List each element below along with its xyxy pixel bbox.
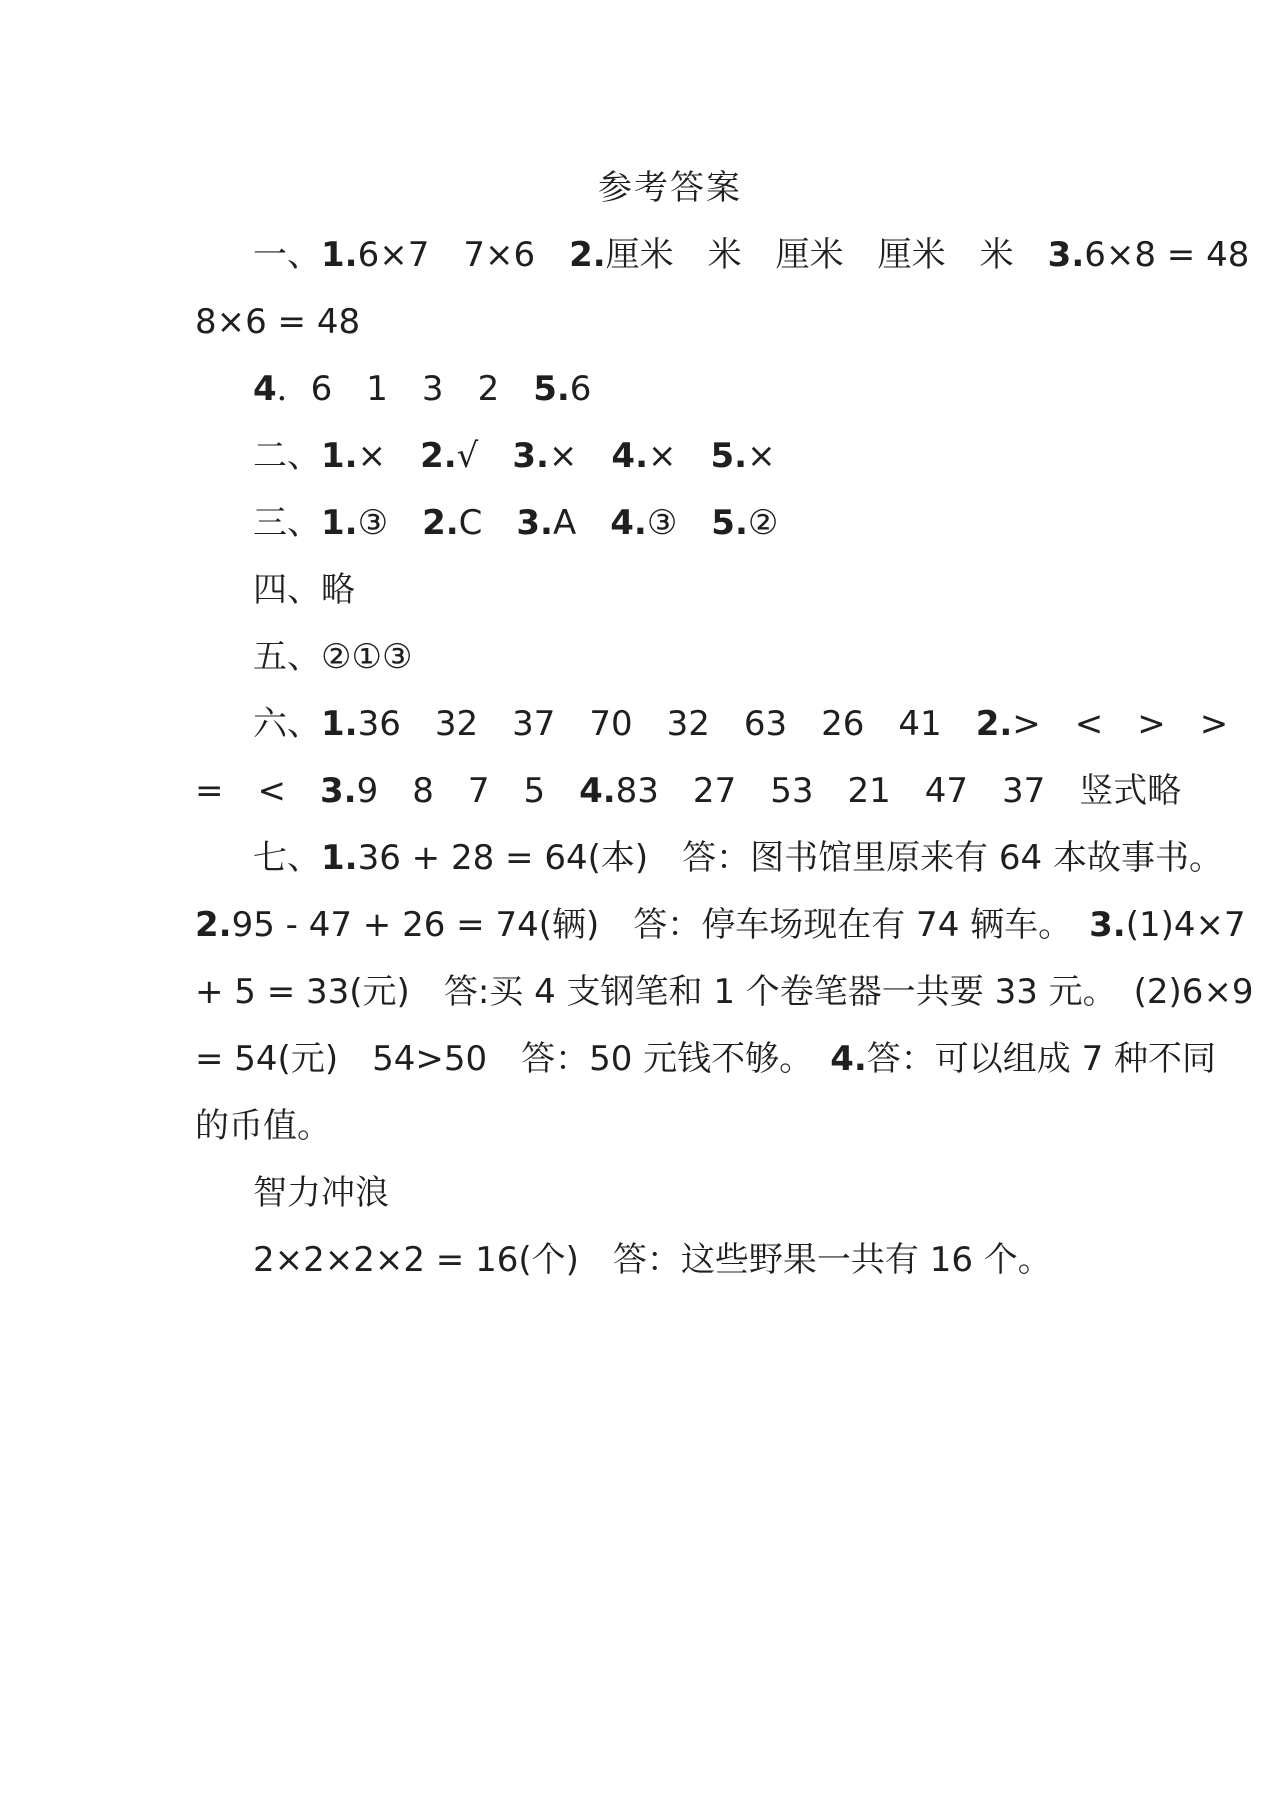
answer-text: × bbox=[549, 436, 612, 476]
answer-text: 36 32 37 70 32 63 26 41 bbox=[358, 704, 976, 744]
answer-item-number: 1. bbox=[321, 838, 358, 878]
answer-text: ③ bbox=[647, 503, 711, 543]
section-7-line-4: = 54(元) 54>50 答：50 元钱不够。 4.答：可以组成 7 种不同 bbox=[0, 1026, 1280, 1093]
answer-item-number: 4. bbox=[579, 771, 616, 811]
answer-text: 答：可以组成 7 种不同 bbox=[867, 1039, 1216, 1079]
answer-text: = < bbox=[195, 771, 320, 811]
answer-text: 36 + 28 = 64(本) 答：图书馆里原来有 64 本故事书。 bbox=[358, 838, 1223, 878]
answer-item-number: 3. bbox=[1048, 235, 1085, 275]
answer-item-number: 5. bbox=[710, 436, 747, 476]
answer-item-number: 5. bbox=[711, 503, 748, 543]
answer-key-document: 参考答案 一、1.6×7 7×6 2.厘米 米 厘米 厘米 米 3.6×8 = … bbox=[0, 0, 1280, 1294]
answer-text: × bbox=[648, 436, 711, 476]
section-7-line-1: 七、1.36 + 28 = 64(本) 答：图书馆里原来有 64 本故事书。 bbox=[0, 825, 1280, 892]
answer-item-number: 2. bbox=[420, 436, 457, 476]
answer-item-number: 1. bbox=[321, 235, 358, 275]
section-7-line-5: 的币值。 bbox=[0, 1093, 1280, 1160]
answer-item-number: 2. bbox=[569, 235, 606, 275]
answer-text: ．6 1 3 2 bbox=[277, 369, 534, 409]
bonus-section-heading: 智力冲浪 bbox=[0, 1160, 1280, 1227]
answer-text: (1)4×7 bbox=[1126, 905, 1246, 945]
answer-text: 七、 bbox=[253, 838, 321, 878]
answer-item-number: 4. bbox=[610, 503, 647, 543]
answer-item-number: 4. bbox=[611, 436, 648, 476]
answer-text: √ bbox=[457, 436, 513, 476]
answer-text: 一、 bbox=[253, 235, 321, 275]
section-6-line-2: = < 3.9 8 7 5 4.83 27 53 21 47 37 竖式略 bbox=[0, 758, 1280, 825]
answer-text: 6×7 7×6 bbox=[358, 235, 570, 275]
answer-text: 二、 bbox=[253, 436, 321, 476]
answer-text: C bbox=[459, 503, 517, 543]
section-7-line-3: + 5 = 33(元) 答:买 4 支钢笔和 1 个卷笔器一共要 33 元。 (… bbox=[0, 959, 1280, 1026]
answer-text: × bbox=[358, 436, 421, 476]
answer-item-number: 1. bbox=[321, 436, 358, 476]
answer-item-number: 2. bbox=[195, 905, 232, 945]
section-1-line-1: 一、1.6×7 7×6 2.厘米 米 厘米 厘米 米 3.6×8 = 48 bbox=[0, 222, 1280, 289]
answer-text: 2×2×2×2 = 16(个) 答：这些野果一共有 16 个。 bbox=[253, 1240, 1052, 1280]
answer-text: > < > > bbox=[1012, 704, 1228, 744]
section-5-line-1: 五、②①③ bbox=[0, 624, 1280, 691]
answer-text: 五、②①③ bbox=[253, 637, 412, 677]
bonus-section-answer: 2×2×2×2 = 16(个) 答：这些野果一共有 16 个。 bbox=[0, 1227, 1280, 1294]
answer-text: 6×8 = 48 bbox=[1084, 235, 1249, 275]
section-4-line-1: 四、略 bbox=[0, 557, 1280, 624]
answer-item-number: 3. bbox=[516, 503, 553, 543]
answer-text: 的币值。 bbox=[195, 1106, 331, 1146]
section-1-line-3: 4．6 1 3 2 5.6 bbox=[0, 356, 1280, 423]
answer-text: 三、 bbox=[253, 503, 321, 543]
answer-text: 六、 bbox=[253, 704, 321, 744]
answer-text: A bbox=[553, 503, 610, 543]
answer-text: ② bbox=[748, 503, 778, 543]
answer-item-number: 5. bbox=[533, 369, 570, 409]
answer-text: = 54(元) 54>50 答：50 元钱不够。 bbox=[195, 1039, 830, 1079]
answer-text: 6 bbox=[570, 369, 592, 409]
answer-item-number: 1. bbox=[321, 503, 358, 543]
answer-text: 厘米 米 厘米 厘米 米 bbox=[606, 235, 1048, 275]
section-6-line-1: 六、1.36 32 37 70 32 63 26 41 2.> < > > bbox=[0, 691, 1280, 758]
answer-text: 83 27 53 21 47 37 竖式略 bbox=[616, 771, 1182, 811]
answer-text: 智力冲浪 bbox=[253, 1173, 389, 1213]
answer-item-number: 4 bbox=[253, 369, 277, 409]
answer-item-number: 2. bbox=[422, 503, 459, 543]
answer-text: 8×6 = 48 bbox=[195, 302, 360, 342]
answer-item-number: 4. bbox=[830, 1039, 867, 1079]
answer-item-number: 3. bbox=[320, 771, 357, 811]
section-2-line-1: 二、1.× 2.√ 3.× 4.× 5.× bbox=[0, 423, 1280, 490]
section-7-line-2: 2.95 - 47 + 26 = 74(辆) 答：停车场现在有 74 辆车。 3… bbox=[0, 892, 1280, 959]
section-1-line-2: 8×6 = 48 bbox=[0, 289, 1280, 356]
answer-text: 9 8 7 5 bbox=[357, 771, 580, 811]
section-3-line-1: 三、1.③ 2.C 3.A 4.③ 5.② bbox=[0, 490, 1280, 557]
answer-text: × bbox=[747, 436, 776, 476]
answer-text: + 5 = 33(元) 答:买 4 支钢笔和 1 个卷笔器一共要 33 元。 (… bbox=[195, 972, 1254, 1012]
document-body: 一、1.6×7 7×6 2.厘米 米 厘米 厘米 米 3.6×8 = 488×6… bbox=[0, 222, 1280, 1294]
answer-item-number: 1. bbox=[321, 704, 358, 744]
answer-text: 四、略 bbox=[253, 570, 355, 610]
answer-item-number: 3. bbox=[1089, 905, 1126, 945]
answer-item-number: 2. bbox=[976, 704, 1013, 744]
page-title: 参考答案 bbox=[30, 155, 1280, 222]
answer-text: 95 - 47 + 26 = 74(辆) 答：停车场现在有 74 辆车。 bbox=[232, 905, 1090, 945]
answer-text: ③ bbox=[358, 503, 422, 543]
answer-item-number: 3. bbox=[512, 436, 549, 476]
